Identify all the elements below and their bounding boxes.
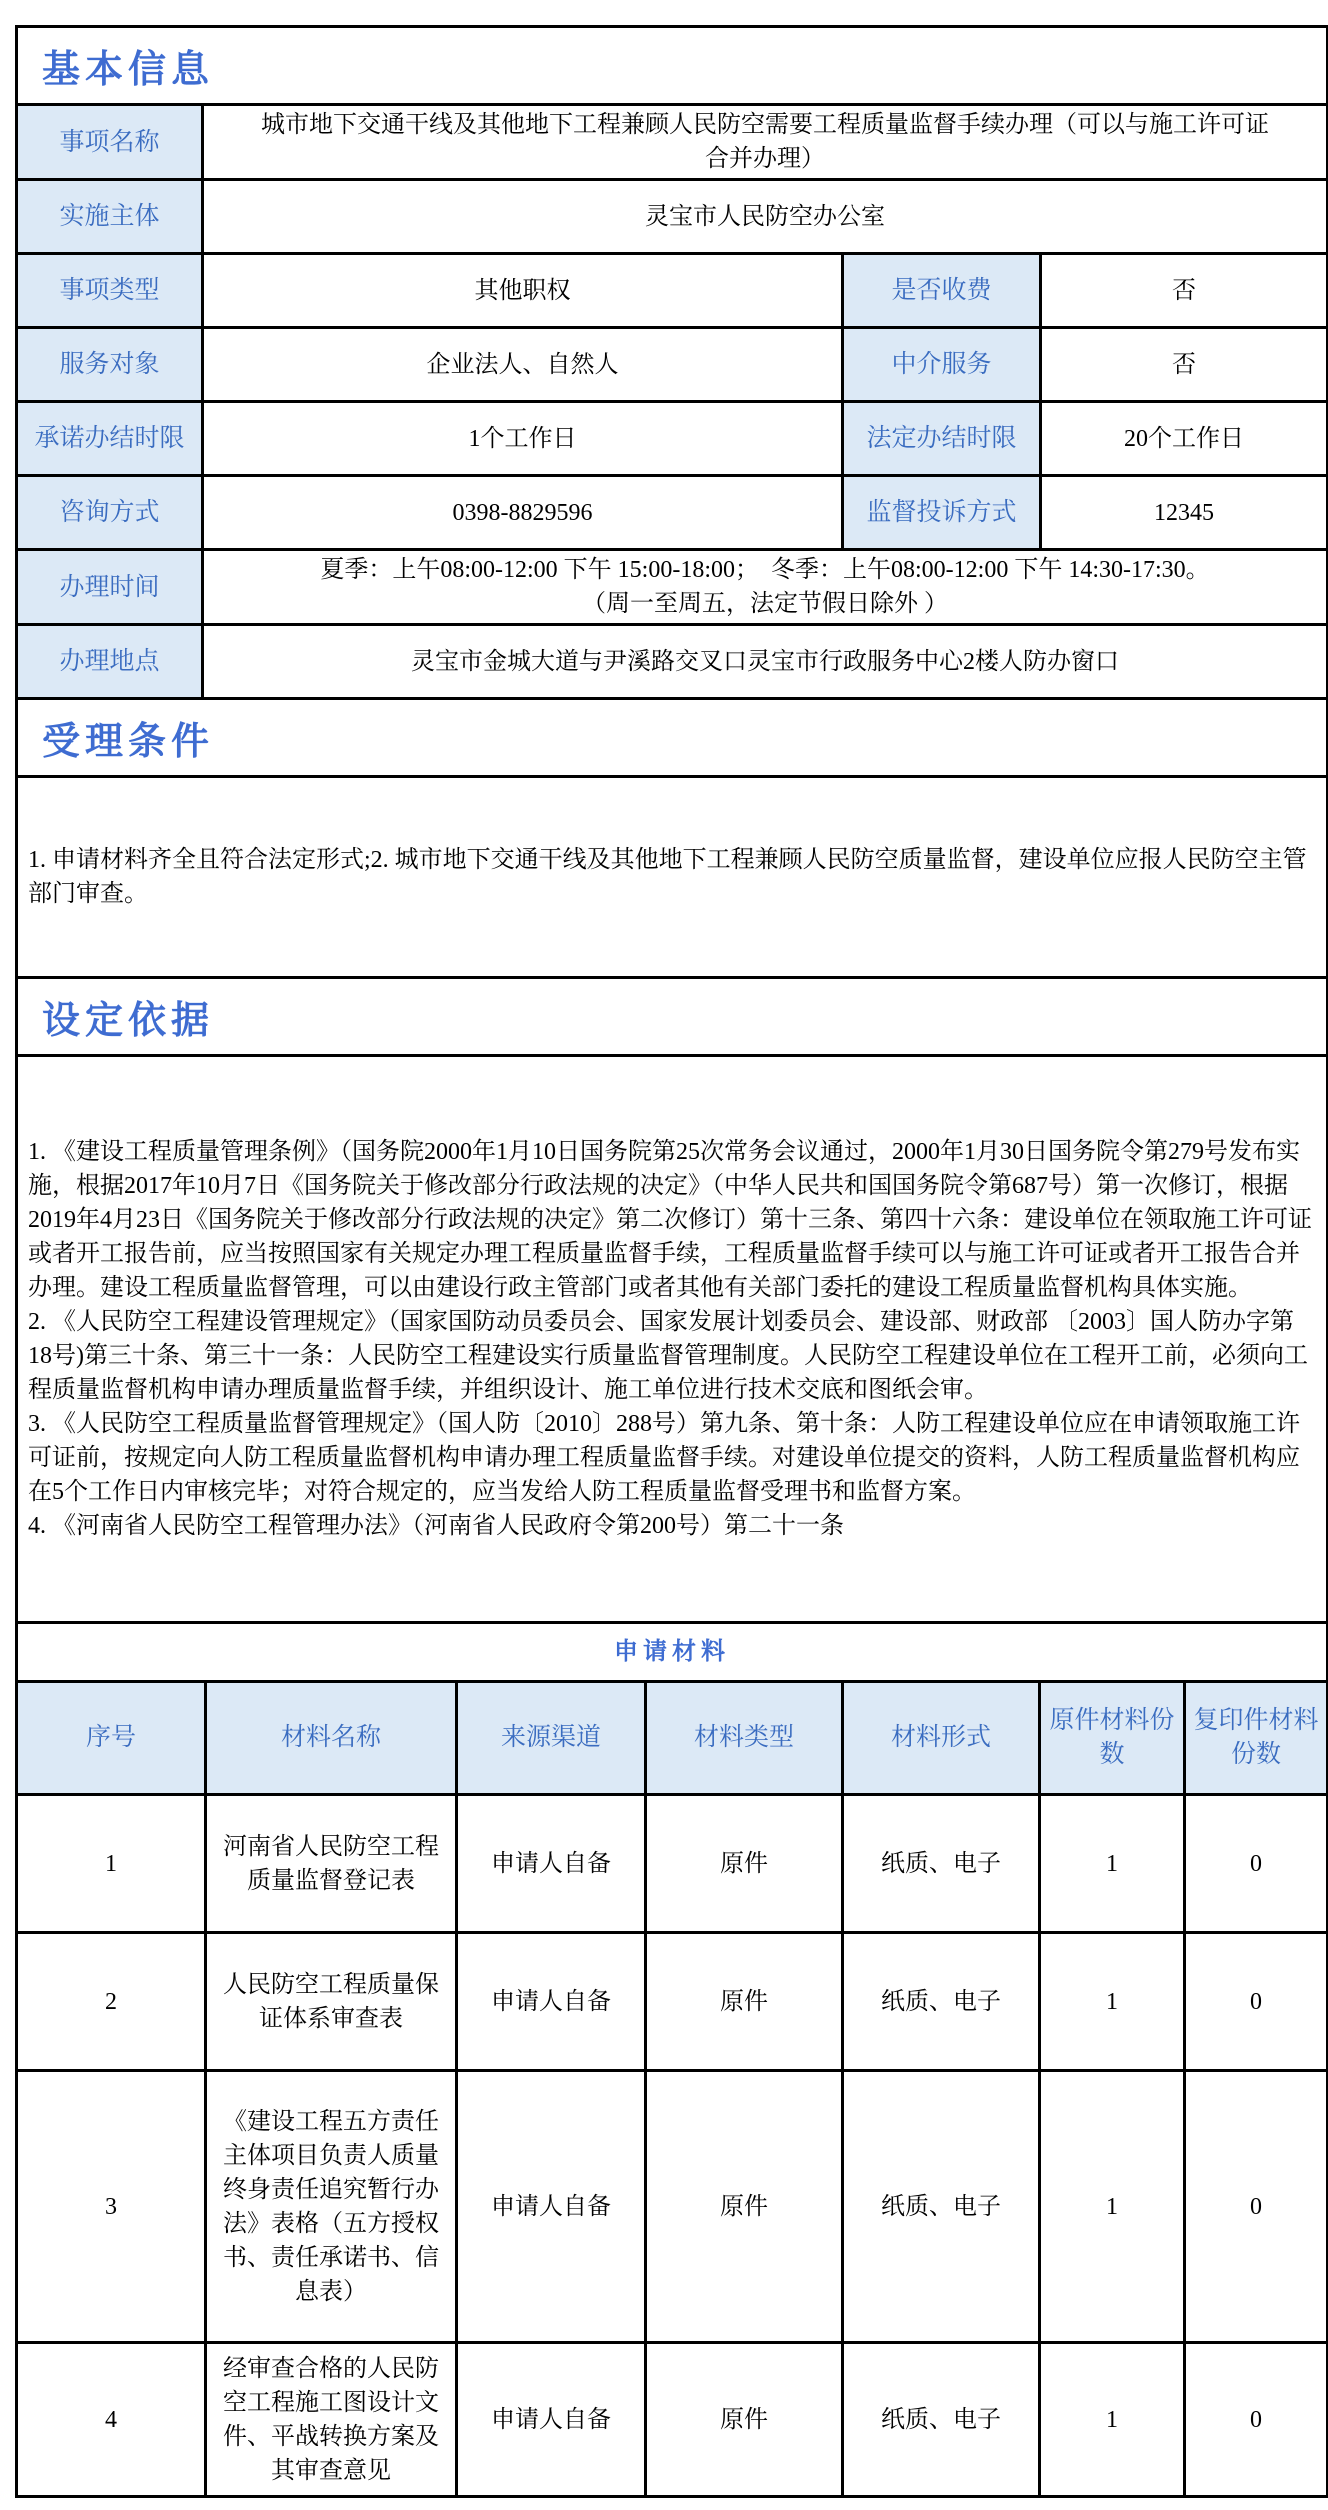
table-cell: 申请人自备	[457, 2343, 646, 2497]
table-row: 办理地点 灵宝市金城大道与尹溪路交叉口灵宝市行政服务中心2楼人防办窗口	[17, 625, 1328, 699]
table-cell: 原件	[646, 1933, 843, 2071]
table-cell: 0	[1185, 1933, 1328, 2071]
field-label: 中介服务	[843, 328, 1041, 402]
field-label: 咨询方式	[17, 476, 203, 550]
service-info-page: 基本信息 事项名称 城市地下交通干线及其他地下工程兼顾人民防空需要工程质量监督手…	[0, 0, 1328, 2510]
field-value: 夏季：上午08:00-12:00 下午 15:00-18:00； 冬季：上午08…	[203, 550, 1328, 625]
field-label: 承诺办结时限	[17, 402, 203, 476]
table-row: 实施主体 灵宝市人民防空办公室	[17, 180, 1328, 254]
table-cell: 1	[1040, 2343, 1185, 2497]
table-row: 事项名称 城市地下交通干线及其他地下工程兼顾人民防空需要工程质量监督手续办理（可…	[17, 105, 1328, 180]
table-cell: 河南省人民防空工程质量监督登记表	[206, 1795, 457, 1933]
materials-header-row: 序号 材料名称 来源渠道 材料类型 材料形式 原件材料份数 复印件材料份数	[17, 1682, 1328, 1795]
table-row: 服务对象 企业法人、自然人 中介服务 否	[17, 328, 1328, 402]
table-row: 4 经审查合格的人民防空工程施工图设计文件、平战转换方案及其审查意见 申请人自备…	[17, 2343, 1328, 2497]
section-title-row: 设定依据	[17, 978, 1328, 1056]
field-label: 事项名称	[17, 105, 203, 180]
basis-content: 1. 《建设工程质量管理条例》（国务院2000年1月10日国务院第25次常务会议…	[17, 1056, 1328, 1623]
section-title-row: 基本信息	[17, 27, 1328, 105]
table-cell: 原件	[646, 1795, 843, 1933]
table-cell: 申请人自备	[457, 2071, 646, 2343]
field-value: 1个工作日	[203, 402, 843, 476]
basis-table: 设定依据 1. 《建设工程质量管理条例》（国务院2000年1月10日国务院第25…	[15, 976, 1328, 1624]
section-title-row: 申请材料	[17, 1623, 1328, 1682]
table-row: 1. 《建设工程质量管理条例》（国务院2000年1月10日国务院第25次常务会议…	[17, 1056, 1328, 1623]
section-title-row: 受理条件	[17, 699, 1328, 777]
table-cell: 1	[1040, 1933, 1185, 2071]
field-value: 灵宝市金城大道与尹溪路交叉口灵宝市行政服务中心2楼人防办窗口	[203, 625, 1328, 699]
basis-item: 4. 《河南省人民防空工程管理办法》（河南省人民政府令第200号）第二十一条	[28, 1509, 1316, 1543]
column-header: 材料形式	[843, 1682, 1040, 1795]
table-cell: 申请人自备	[457, 1933, 646, 2071]
basis-item: 3. 《人民防空工程质量监督管理规定》（国人防〔2010〕288号）第九条、第十…	[28, 1407, 1316, 1509]
field-label: 实施主体	[17, 180, 203, 254]
field-value: 其他职权	[203, 254, 843, 328]
table-row: 咨询方式 0398-8829596 监督投诉方式 12345	[17, 476, 1328, 550]
table-cell: 1	[1040, 1795, 1185, 1933]
column-header: 序号	[17, 1682, 206, 1795]
table-row: 1. 申请材料齐全且符合法定形式;2. 城市地下交通干线及其他地下工程兼顾人民防…	[17, 777, 1328, 978]
table-cell: 0	[1185, 2343, 1328, 2497]
field-value: 企业法人、自然人	[203, 328, 843, 402]
field-value: 城市地下交通干线及其他地下工程兼顾人民防空需要工程质量监督手续办理（可以与施工许…	[203, 105, 1328, 180]
section-title-materials: 申请材料	[17, 1623, 1328, 1682]
table-row: 承诺办结时限 1个工作日 法定办结时限 20个工作日	[17, 402, 1328, 476]
basic-info-table: 基本信息 事项名称 城市地下交通干线及其他地下工程兼顾人民防空需要工程质量监督手…	[15, 25, 1328, 700]
acceptance-text: 1. 申请材料齐全且符合法定形式;2. 城市地下交通干线及其他地下工程兼顾人民防…	[28, 843, 1316, 911]
field-value: 12345	[1041, 476, 1328, 550]
table-cell: 纸质、电子	[843, 1795, 1040, 1933]
section-title-basis: 设定依据	[17, 978, 1328, 1056]
field-label: 办理地点	[17, 625, 203, 699]
table-cell: 1	[1040, 2071, 1185, 2343]
field-value: 灵宝市人民防空办公室	[203, 180, 1328, 254]
table-cell: 申请人自备	[457, 1795, 646, 1933]
table-row: 3 《建设工程五方责任主体项目负责人质量终身责任追究暂行办法》表格（五方授权书、…	[17, 2071, 1328, 2343]
field-label: 法定办结时限	[843, 402, 1041, 476]
basis-text-block: 1. 《建设工程质量管理条例》（国务院2000年1月10日国务院第25次常务会议…	[28, 1135, 1316, 1543]
table-cell: 纸质、电子	[843, 1933, 1040, 2071]
table-cell: 人民防空工程质量保证体系审查表	[206, 1933, 457, 2071]
table-cell: 经审查合格的人民防空工程施工图设计文件、平战转换方案及其审查意见	[206, 2343, 457, 2497]
section-title-acceptance: 受理条件	[17, 699, 1328, 777]
field-value: 0398-8829596	[203, 476, 843, 550]
table-cell: 0	[1185, 2071, 1328, 2343]
table-row: 1 河南省人民防空工程质量监督登记表 申请人自备 原件 纸质、电子 1 0	[17, 1795, 1328, 1933]
column-header: 复印件材料份数	[1185, 1682, 1328, 1795]
section-title-basic-info: 基本信息	[17, 27, 1328, 105]
basis-item: 2. 《人民防空工程建设管理规定》（国家国防动员委员会、国家发展计划委员会、建设…	[28, 1305, 1316, 1407]
field-label: 监督投诉方式	[843, 476, 1041, 550]
table-cell: 0	[1185, 1795, 1328, 1933]
field-label: 服务对象	[17, 328, 203, 402]
acceptance-content: 1. 申请材料齐全且符合法定形式;2. 城市地下交通干线及其他地下工程兼顾人民防…	[17, 777, 1328, 978]
field-value: 否	[1041, 254, 1328, 328]
table-cell: 原件	[646, 2343, 843, 2497]
table-row: 事项类型 其他职权 是否收费 否	[17, 254, 1328, 328]
table-cell: 《建设工程五方责任主体项目负责人质量终身责任追究暂行办法》表格（五方授权书、责任…	[206, 2071, 457, 2343]
basis-item: 1. 《建设工程质量管理条例》（国务院2000年1月10日国务院第25次常务会议…	[28, 1135, 1316, 1305]
column-header: 原件材料份数	[1040, 1682, 1185, 1795]
column-header: 材料名称	[206, 1682, 457, 1795]
table-cell: 2	[17, 1933, 206, 2071]
field-label: 是否收费	[843, 254, 1041, 328]
field-label: 事项类型	[17, 254, 203, 328]
materials-table: 申请材料 序号 材料名称 来源渠道 材料类型 材料形式 原件材料份数 复印件材料…	[15, 1621, 1328, 2498]
table-cell: 原件	[646, 2071, 843, 2343]
acceptance-table: 受理条件 1. 申请材料齐全且符合法定形式;2. 城市地下交通干线及其他地下工程…	[15, 697, 1328, 979]
field-value: 20个工作日	[1041, 402, 1328, 476]
table-cell: 纸质、电子	[843, 2343, 1040, 2497]
table-row: 2 人民防空工程质量保证体系审查表 申请人自备 原件 纸质、电子 1 0	[17, 1933, 1328, 2071]
table-cell: 4	[17, 2343, 206, 2497]
table-cell: 3	[17, 2071, 206, 2343]
field-label: 办理时间	[17, 550, 203, 625]
table-row: 办理时间 夏季：上午08:00-12:00 下午 15:00-18:00； 冬季…	[17, 550, 1328, 625]
table-cell: 1	[17, 1795, 206, 1933]
table-cell: 纸质、电子	[843, 2071, 1040, 2343]
column-header: 材料类型	[646, 1682, 843, 1795]
field-value: 否	[1041, 328, 1328, 402]
column-header: 来源渠道	[457, 1682, 646, 1795]
